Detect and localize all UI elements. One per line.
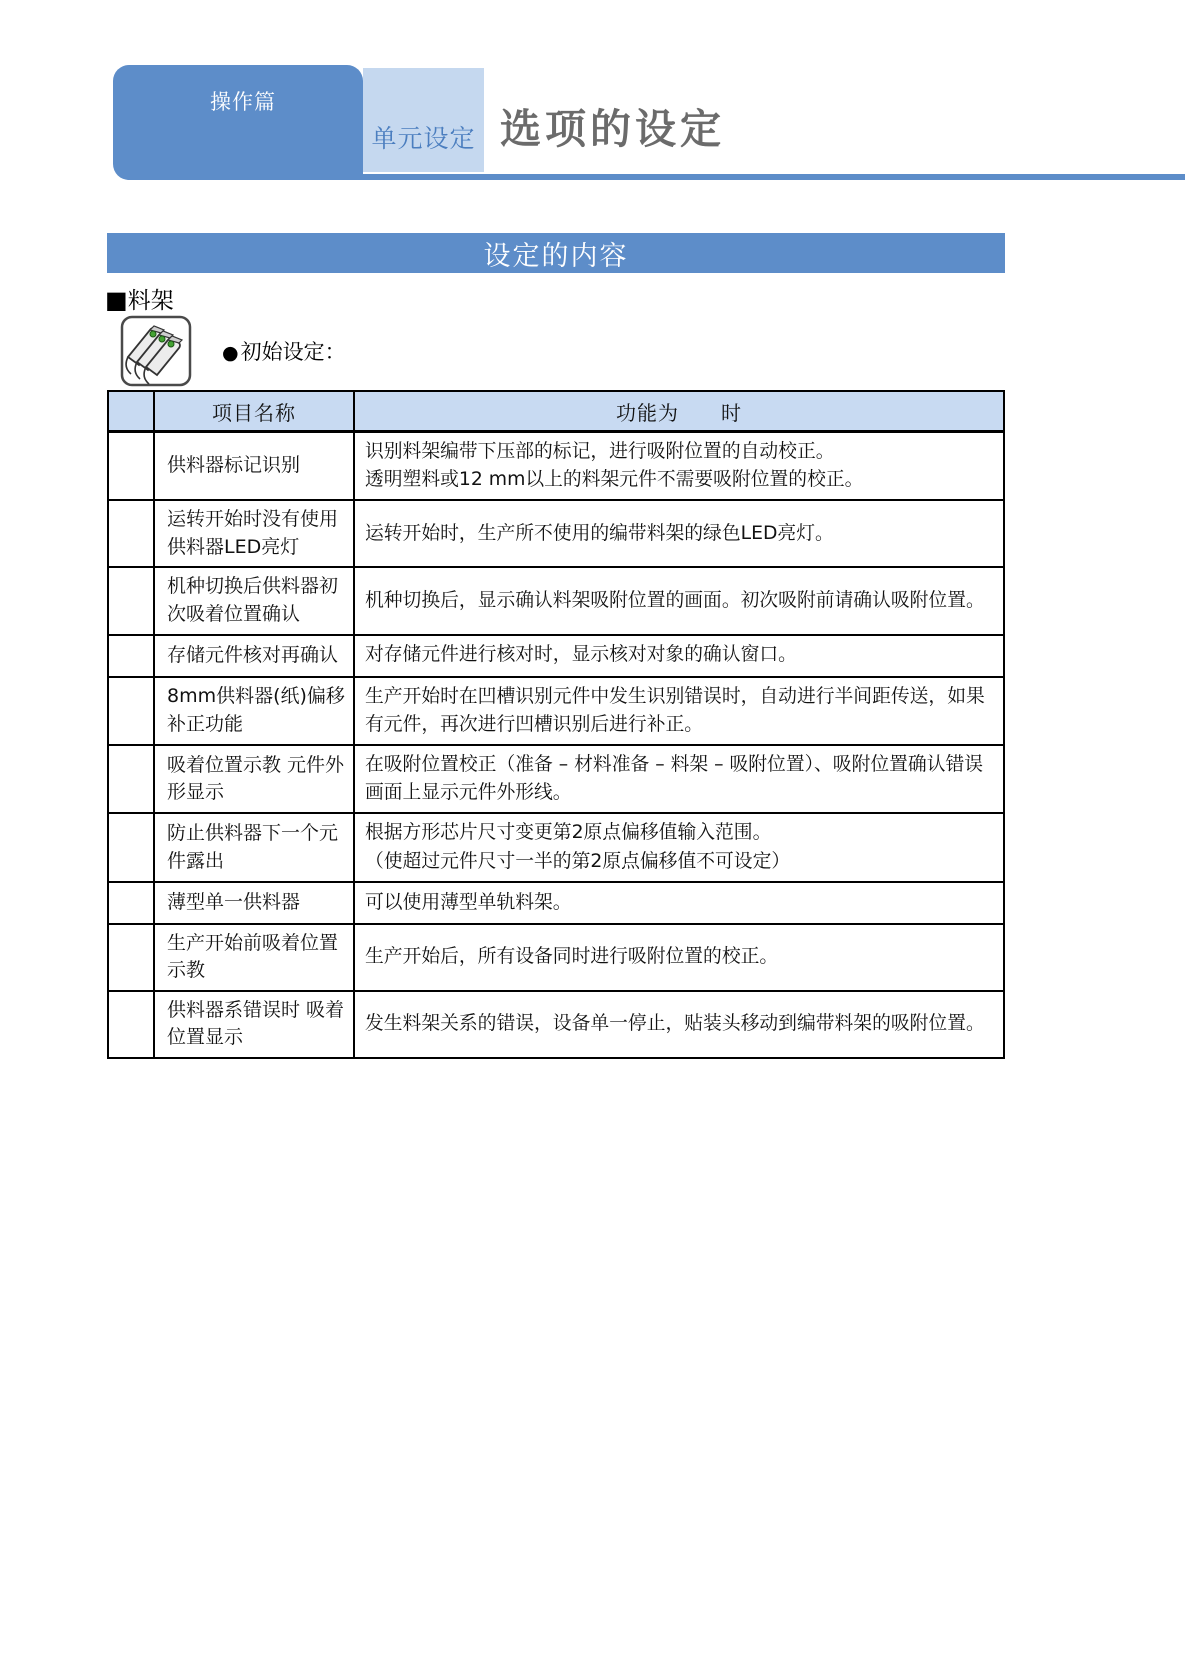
row-empty-cell: [108, 432, 154, 501]
row-empty-cell: [108, 882, 154, 924]
item-description-cell: 机种切换后，显示确认料架吸附位置的画面。初次吸附前请确认吸附位置。: [354, 567, 1004, 634]
item-name-cell: 薄型单一供料器: [154, 882, 354, 924]
section-label: 操作篇: [210, 86, 276, 116]
initial-setting-label: 初始设定：: [241, 340, 346, 364]
table-row: 防止供料器下一个元件露出 根据方形芯片尺寸变更第2原点偏移值输入范围。 （使超过…: [108, 813, 1004, 881]
header-tab: 操作篇: [113, 65, 363, 180]
item-description-cell: 生产开始时在凹槽识别元件中发生识别错误时，自动进行半间距传送，如果有元件，再次进…: [354, 677, 1004, 745]
row-empty-cell: [108, 567, 154, 634]
tape-feeder-icon: [120, 315, 192, 387]
item-name-cell: 防止供料器下一个元件露出: [154, 813, 354, 881]
item-name-cell: 供料器系错误时 吸着位置显示: [154, 991, 354, 1058]
item-description-cell: 根据方形芯片尺寸变更第2原点偏移值输入范围。 （使超过元件尺寸一半的第2原点偏移…: [354, 813, 1004, 881]
item-description-cell: 生产开始后，所有设备同时进行吸附位置的校正。: [354, 924, 1004, 991]
bullet-marker: ●: [222, 342, 239, 364]
column-header-item-name: 项目名称: [154, 391, 354, 432]
content-banner: 设定的内容: [107, 233, 1005, 273]
table-row: 供料器标记识别 识别料架编带下压部的标记，进行吸附位置的自动校正。 透明塑料或1…: [108, 432, 1004, 501]
table-row: 机种切换后供料器初次吸着位置确认 机种切换后，显示确认料架吸附位置的画面。初次吸…: [108, 567, 1004, 634]
column-header-empty: [108, 391, 154, 432]
item-name-cell: 吸着位置示教 元件外形显示: [154, 745, 354, 813]
table-row: 存储元件核对再确认 对存储元件进行核对时，显示核对对象的确认窗口。: [108, 635, 1004, 677]
page-title: 选项的设定: [500, 96, 725, 155]
banner-title: 设定的内容: [484, 234, 629, 273]
item-description-cell: 发生料架关系的错误，设备单一停止，贴装头移动到编带料架的吸附位置。: [354, 991, 1004, 1058]
section-heading: ■料架: [105, 282, 174, 315]
initial-setting-note: ●初始设定：: [222, 336, 346, 366]
table-row: 生产开始前吸着位置示教 生产开始后，所有设备同时进行吸附位置的校正。: [108, 924, 1004, 991]
table-row: 吸着位置示教 元件外形显示 在吸附位置校正（准备 – 材料准备 – 料架 – 吸…: [108, 745, 1004, 813]
item-description-cell: 运转开始时，生产所不使用的编带料架的绿色LED亮灯。: [354, 500, 1004, 567]
black-square-marker: ■: [105, 286, 128, 314]
header-underline: [363, 174, 1185, 180]
table-row: 薄型单一供料器 可以使用薄型单轨料架。: [108, 882, 1004, 924]
item-description-cell: 识别料架编带下压部的标记，进行吸附位置的自动校正。 透明塑料或12 mm以上的料…: [354, 432, 1004, 501]
category-label: 单元设定: [371, 119, 475, 155]
row-empty-cell: [108, 635, 154, 677]
table-row: 8mm供料器(纸)偏移补正功能 生产开始时在凹槽识别元件中发生识别错误时，自动进…: [108, 677, 1004, 745]
table-row: 供料器系错误时 吸着位置显示 发生料架关系的错误，设备单一停止，贴装头移动到编带…: [108, 991, 1004, 1058]
manual-page: 操作篇 单元设定 选项的设定 设定的内容 ■料架: [0, 0, 1185, 1675]
item-description-cell: 可以使用薄型单轨料架。: [354, 882, 1004, 924]
item-name-cell: 8mm供料器(纸)偏移补正功能: [154, 677, 354, 745]
settings-table: 项目名称 功能为 时 供料器标记识别 识别料架编带下压部的标记，进行吸附位置的自…: [107, 390, 1005, 1059]
item-name-cell: 生产开始前吸着位置示教: [154, 924, 354, 991]
table-row: 运转开始时没有使用供料器LED亮灯 运转开始时，生产所不使用的编带料架的绿色LE…: [108, 500, 1004, 567]
row-empty-cell: [108, 500, 154, 567]
item-name-cell: 机种切换后供料器初次吸着位置确认: [154, 567, 354, 634]
item-description-cell: 在吸附位置校正（准备 – 材料准备 – 料架 – 吸附位置）、吸附位置确认错误画…: [354, 745, 1004, 813]
row-empty-cell: [108, 677, 154, 745]
category-box: 单元设定: [363, 68, 484, 172]
item-name-cell: 供料器标记识别: [154, 432, 354, 501]
row-empty-cell: [108, 924, 154, 991]
item-name-cell: 运转开始时没有使用供料器LED亮灯: [154, 500, 354, 567]
row-empty-cell: [108, 813, 154, 881]
row-empty-cell: [108, 745, 154, 813]
column-header-function: 功能为 时: [354, 391, 1004, 432]
section-title: 料架: [128, 288, 174, 314]
item-description-cell: 对存储元件进行核对时，显示核对对象的确认窗口。: [354, 635, 1004, 677]
table-header-row: 项目名称 功能为 时: [108, 391, 1004, 432]
item-name-cell: 存储元件核对再确认: [154, 635, 354, 677]
row-empty-cell: [108, 991, 154, 1058]
